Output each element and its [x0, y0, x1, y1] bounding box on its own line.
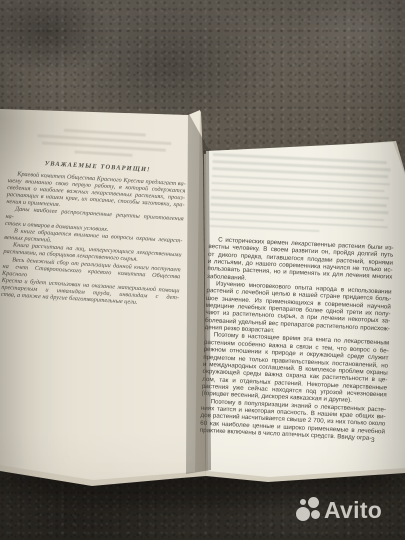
preface-text-block: УВАЖАЕМЫЕ ТОВАРИЩИ! Краевой комитет Обще…	[1, 158, 187, 310]
listing-photo: УВАЖАЕМЫЕ ТОВАРИЩИ! Краевой комитет Обще…	[0, 0, 405, 540]
avito-logo-icon	[296, 497, 322, 525]
showthrough-right-page	[209, 153, 391, 240]
avito-watermark: Avito	[296, 496, 401, 528]
body-paragraph-3: Поэтому в настоящее время эта книга по л…	[201, 331, 389, 406]
body-paragraph-2: Изучению многовекового опыта народа в ис…	[205, 280, 392, 340]
body-text-block: С исторических времен лекарственные раст…	[200, 236, 394, 443]
page-number: 3	[371, 437, 375, 444]
avito-wordmark: Avito	[324, 496, 382, 524]
